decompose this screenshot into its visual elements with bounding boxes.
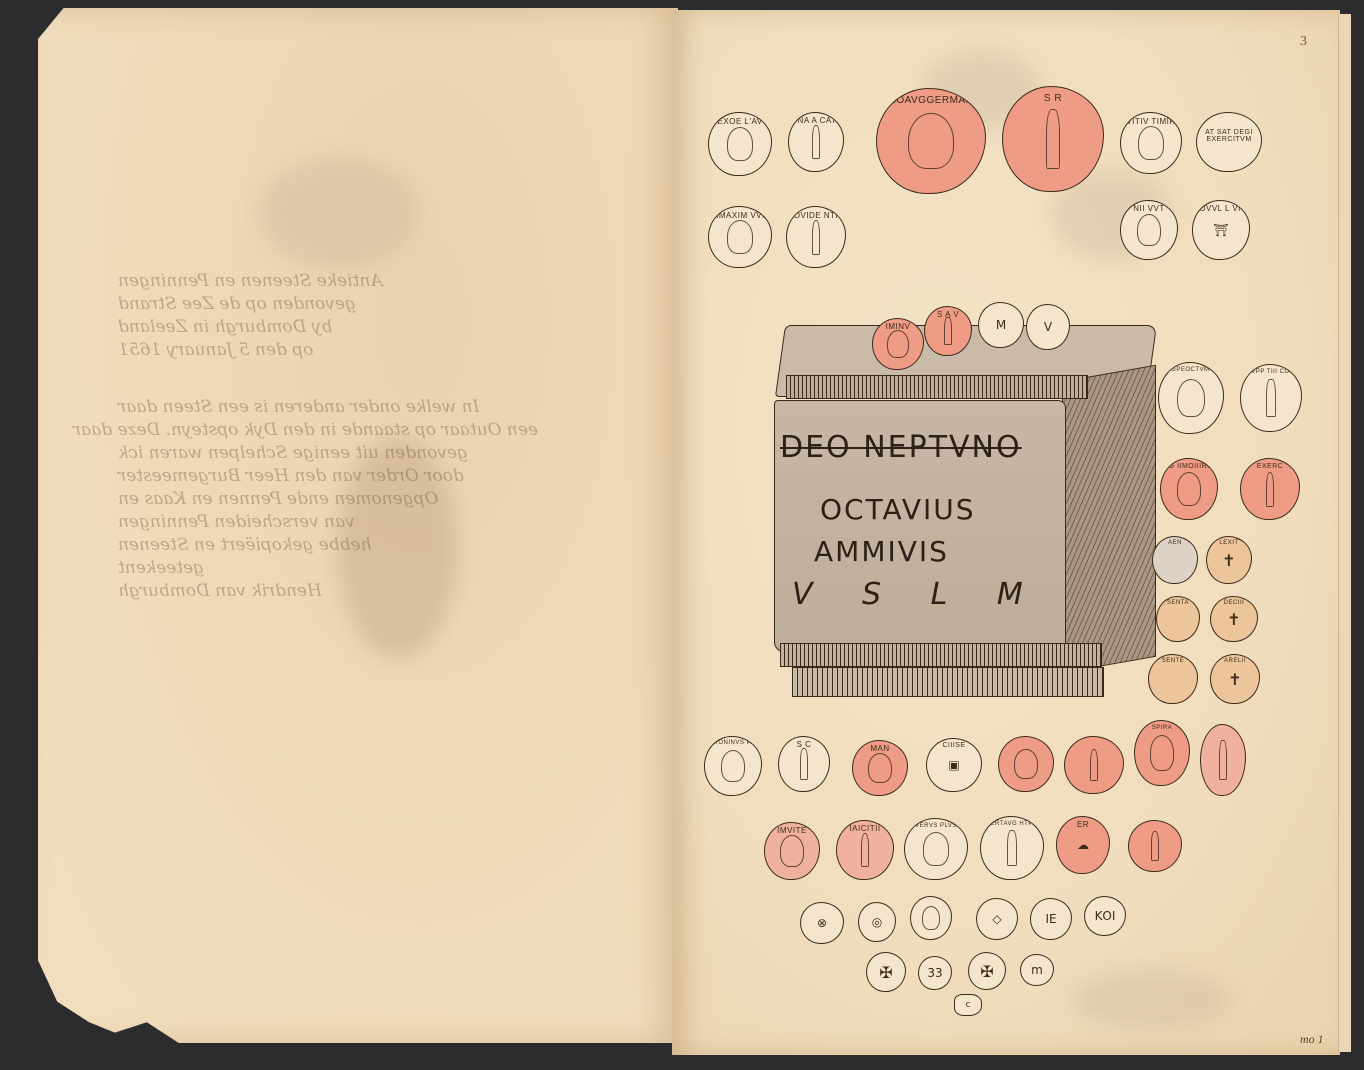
page-edge: [1338, 14, 1351, 1052]
shelf-mark: mo 1: [1300, 1032, 1324, 1047]
altar-cornice: [786, 375, 1088, 399]
standing-figure-icon: [1151, 831, 1159, 861]
portrait-icon: [923, 832, 950, 865]
inscription-line: OCTAVIUS: [820, 493, 976, 526]
portrait-icon: [1014, 749, 1038, 779]
standing-figure-icon: [861, 833, 870, 867]
altar-icon: ⛩: [1213, 223, 1228, 237]
standing-figure-icon: [812, 220, 821, 255]
portrait-icon: [727, 127, 754, 161]
standing-figure-icon: [800, 748, 808, 780]
portrait-icon: [1177, 379, 1205, 417]
portrait-icon: [780, 835, 804, 866]
cross-icon: ✝: [1222, 551, 1235, 570]
altar-base: [780, 643, 1102, 667]
standing-figure-icon: [812, 125, 820, 159]
altar-side: [1062, 365, 1156, 674]
altar-icon: ▣: [948, 758, 959, 772]
standing-figure-icon: [1046, 109, 1060, 168]
cross-icon: ✝: [1228, 670, 1241, 689]
standing-figure-icon: [1090, 749, 1099, 782]
standing-figure-icon: [1007, 830, 1016, 866]
bleed-through-text: Antieke Steenen en Penningen gevonden op…: [118, 270, 538, 603]
portrait-icon: [908, 113, 953, 169]
inscription-line: DEO NEPTVNO: [780, 430, 1022, 465]
portrait-icon: [1150, 735, 1174, 770]
portrait-icon: [868, 753, 892, 783]
roman-altar-drawing: DEO NEPTVNO OCTAVIUS AMMIVIS V S L M: [762, 305, 1172, 715]
portrait-icon: [721, 750, 745, 782]
portrait-icon: [1177, 472, 1201, 505]
coin-fragment: ⅽ: [954, 994, 982, 1016]
cross-icon: ✝: [1227, 610, 1240, 629]
water-stain: [258, 158, 418, 268]
portrait-icon: [887, 330, 909, 358]
water-stain: [1072, 970, 1232, 1030]
cloud-icon: ☁: [1077, 838, 1089, 852]
portrait-icon: [1137, 214, 1161, 246]
standing-figure-icon: [1266, 379, 1275, 417]
altar-plinth: [792, 667, 1104, 697]
portrait-icon: [922, 906, 940, 930]
page-number: 3: [1300, 34, 1307, 50]
inscription-line: AMMIVIS: [814, 535, 949, 568]
portrait-icon: [727, 220, 754, 253]
inscription-line: V S L M: [792, 577, 1031, 612]
standing-figure-icon: [1266, 472, 1275, 507]
standing-figure-icon: [1219, 740, 1226, 781]
left-page: Antieke Steenen en Penningen gevonden op…: [38, 8, 678, 1043]
portrait-icon: [1138, 126, 1164, 159]
standing-figure-icon: [944, 317, 952, 345]
